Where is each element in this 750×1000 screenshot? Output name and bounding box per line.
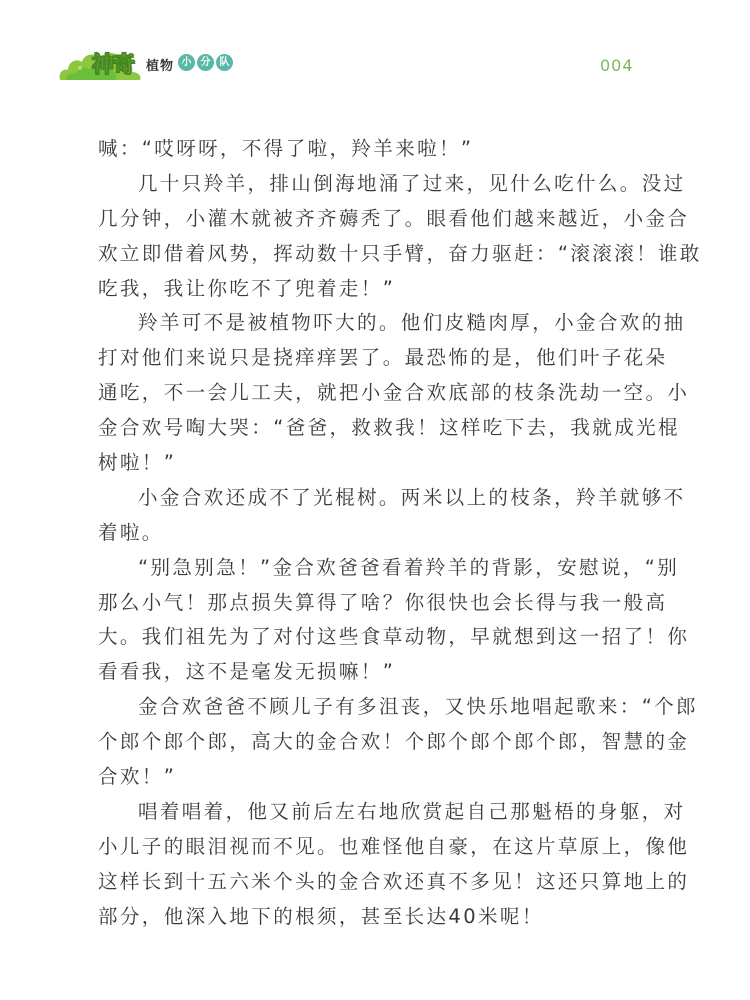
text-line: 树啦！” bbox=[98, 446, 658, 481]
text-line: 金合欢号啕大哭：“爸爸，救救我！这样吃下去，我就成光棍 bbox=[98, 411, 658, 446]
logo-badges: 小 分 队 bbox=[178, 54, 233, 71]
paragraph-first-line: 羚羊可不是被植物吓大的。他们皮糙肉厚，小金合欢的抽 bbox=[98, 306, 658, 341]
text-line: 欢立即借着风势，挥动数十只手臂，奋力驱赶：“滚滚滚！谁敢 bbox=[98, 237, 658, 272]
logo-badge: 分 bbox=[197, 54, 214, 71]
logo-subtitle: 植物 bbox=[146, 55, 174, 74]
text-line: 打对他们来说只是挠痒痒罢了。最恐怖的是，他们叶子花朵 bbox=[98, 341, 658, 376]
page-header: 神奇 植物 小 分 队 004 bbox=[0, 0, 750, 100]
text-line: 吃我，我让你吃不了兜着走！” bbox=[98, 272, 658, 307]
text-line: 那么小气！那点损失算得了啥？你很快也会长得与我一般高 bbox=[98, 586, 658, 621]
text-line: 看看我，这不是毫发无损嘛！” bbox=[98, 655, 658, 690]
body-text: 喊：“哎呀呀，不得了啦，羚羊来啦！”几十只羚羊，排山倒海地涌了过来，见什么吃什么… bbox=[98, 132, 658, 934]
text-line: 通吃，不一会儿工夫，就把小金合欢底部的枝条洗劫一空。小 bbox=[98, 376, 658, 411]
text-line: 部分，他深入地下的根须，甚至长达40米呢！ bbox=[98, 900, 658, 935]
paragraph-first-line: 几十只羚羊，排山倒海地涌了过来，见什么吃什么。没过 bbox=[98, 167, 658, 202]
logo-badge: 队 bbox=[216, 54, 233, 71]
logo-title: 神奇 bbox=[92, 48, 134, 79]
text-line: 几分钟，小灌木就被齐齐薅秃了。眼看他们越来越近，小金合 bbox=[98, 202, 658, 237]
paragraph-first-line: 金合欢爸爸不顾儿子有多沮丧，又快乐地唱起歌来：“个郎 bbox=[98, 690, 658, 725]
text-line: 小儿子的眼泪视而不见。也难怪他自豪，在这片草原上，像他 bbox=[98, 830, 658, 865]
page-number: 004 bbox=[600, 56, 634, 75]
paragraph-first-line: 小金合欢还成不了光棍树。两米以上的枝条，羚羊就够不 bbox=[98, 481, 658, 516]
text-line: 个郎个郎个郎，高大的金合欢！个郎个郎个郎个郎，智慧的金 bbox=[98, 725, 658, 760]
text-line: 大。我们祖先为了对付这些食草动物，早就想到这一招了！你 bbox=[98, 620, 658, 655]
text-line: 合欢！” bbox=[98, 760, 658, 795]
text-line: 着啦。 bbox=[98, 516, 658, 551]
paragraph-first-line: 唱着唱着，他又前后左右地欣赏起自己那魁梧的身躯，对 bbox=[98, 795, 658, 830]
text-line: 喊：“哎呀呀，不得了啦，羚羊来啦！” bbox=[98, 132, 658, 167]
paragraph-first-line: “别急别急！”金合欢爸爸看着羚羊的背影，安慰说，“别 bbox=[98, 551, 658, 586]
series-logo: 神奇 植物 小 分 队 bbox=[58, 46, 228, 82]
text-line: 这样长到十五六米个头的金合欢还真不多见！这还只算地上的 bbox=[98, 865, 658, 900]
logo-badge: 小 bbox=[178, 54, 195, 71]
